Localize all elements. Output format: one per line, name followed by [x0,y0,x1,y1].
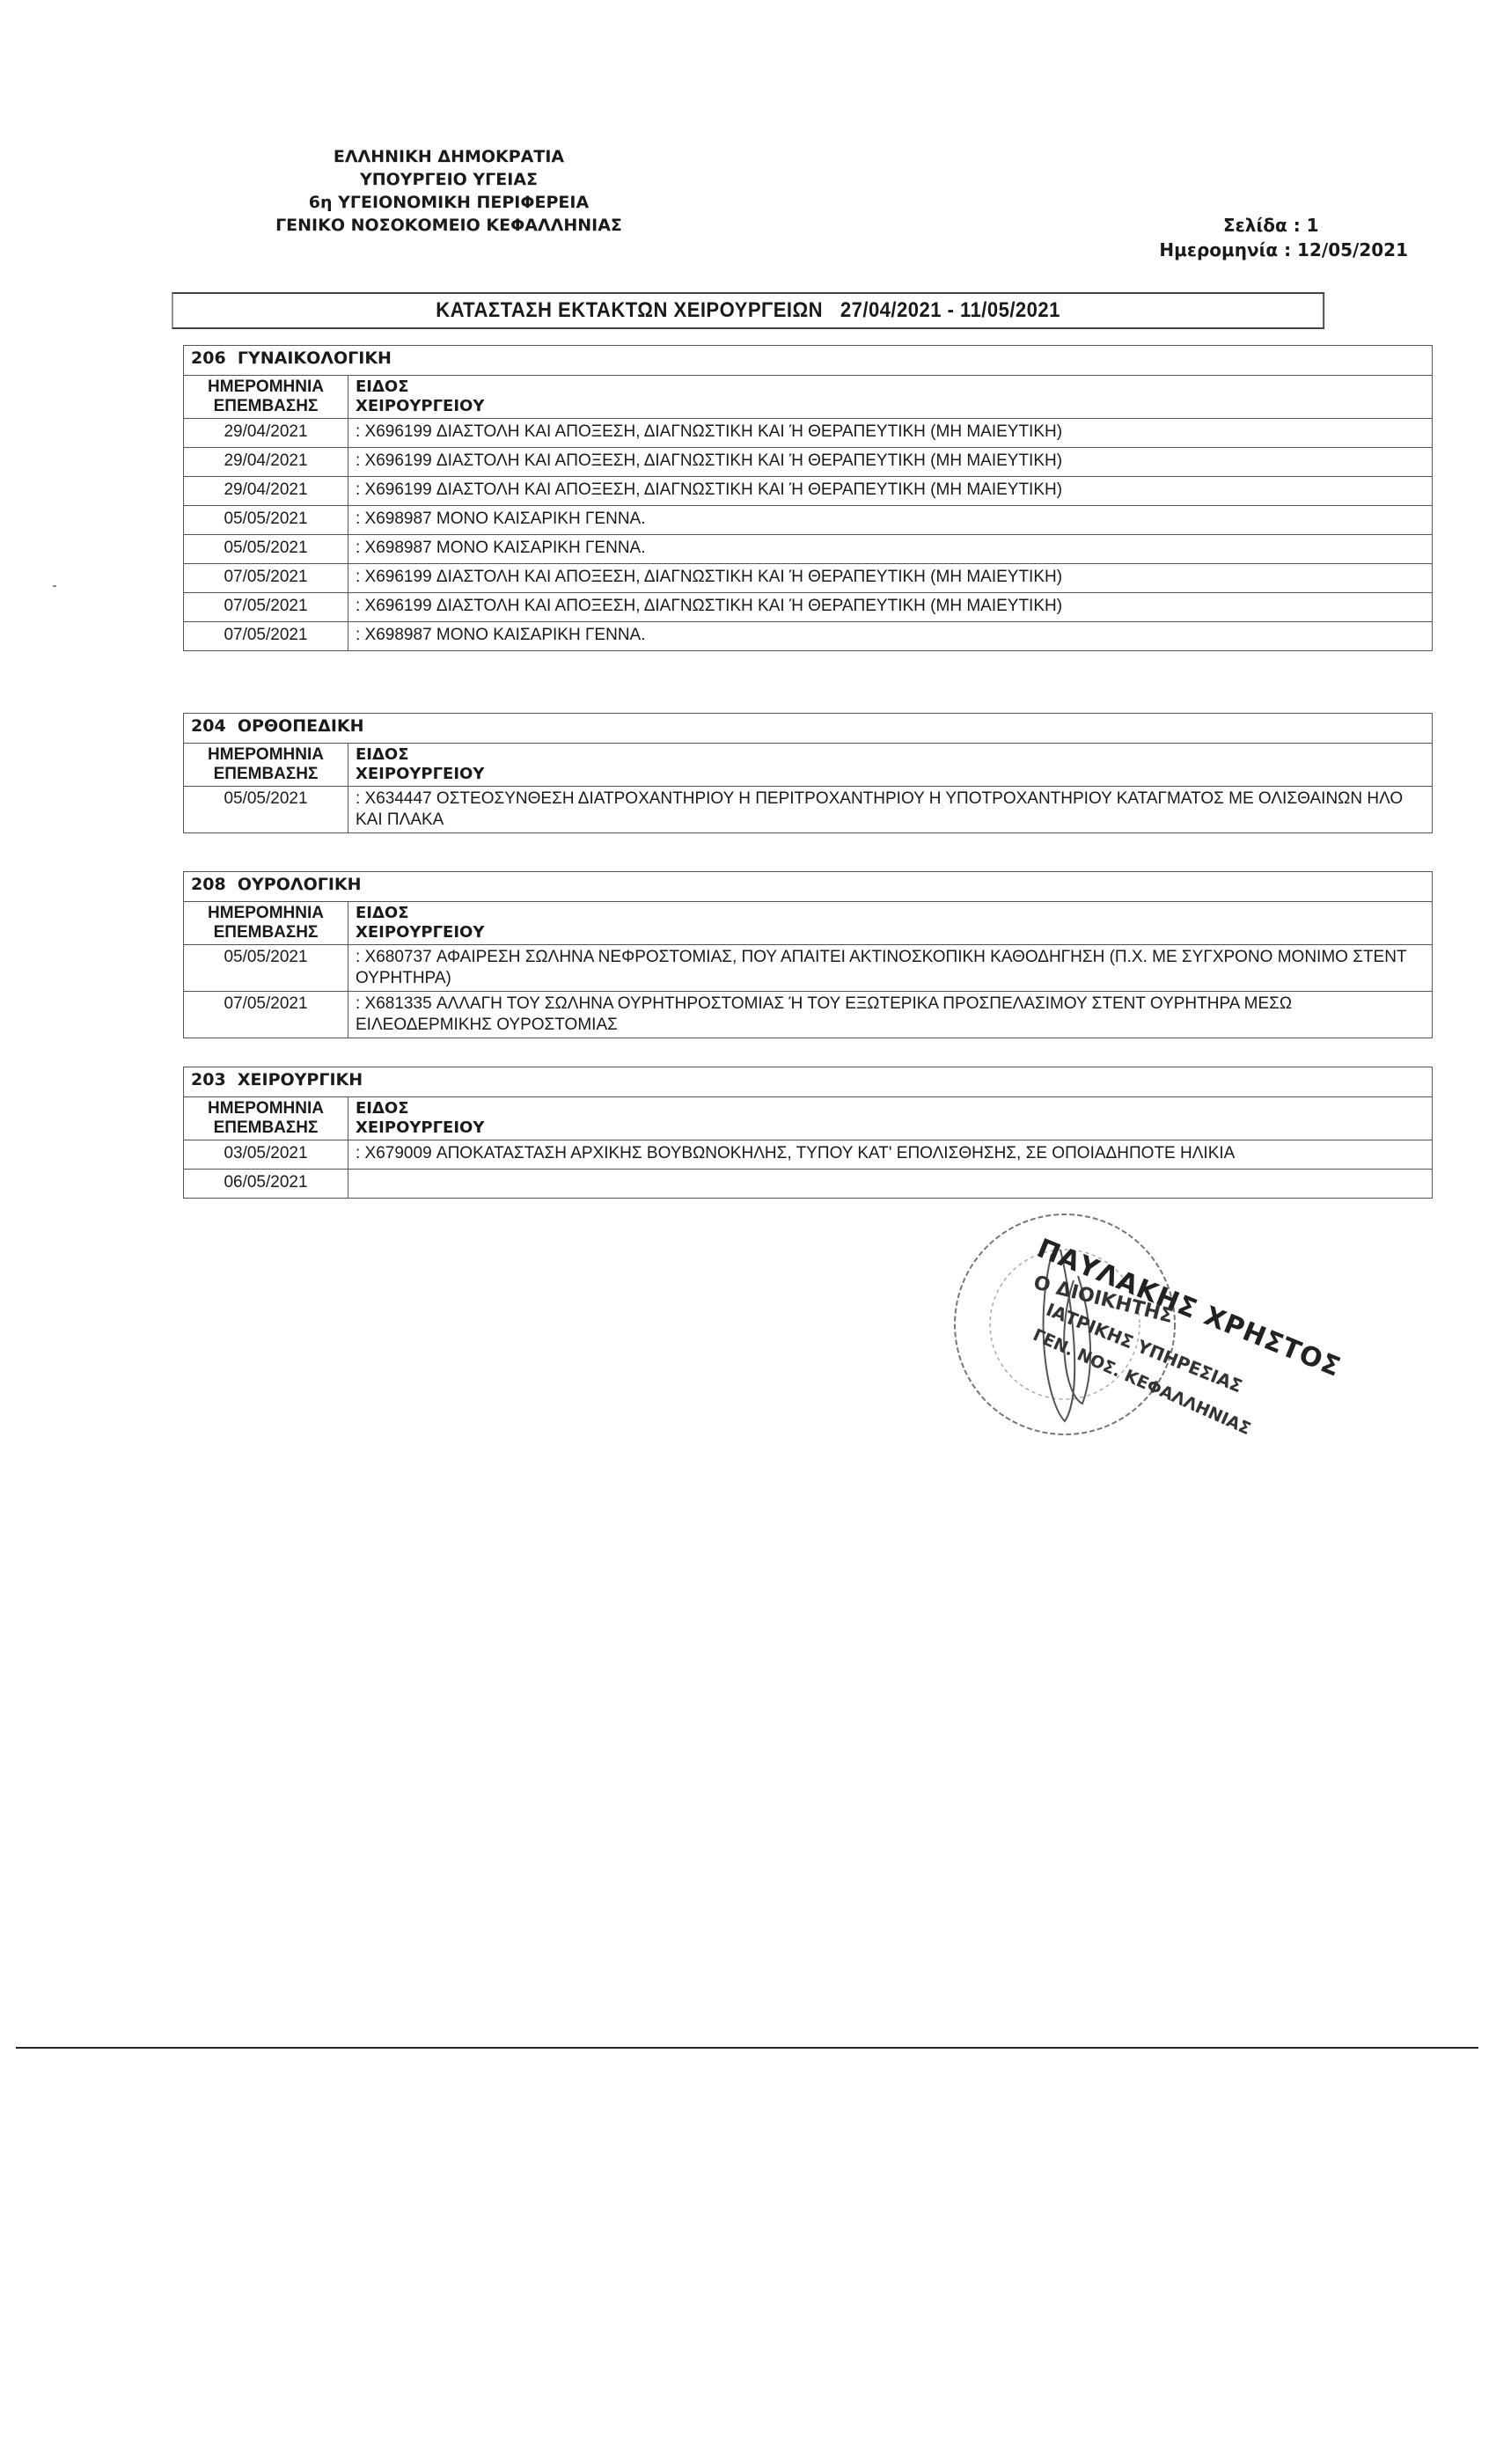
official-stamp: ΠΑΥΛΑΚΗΣ ΧΡΗΣΤΟΣ Ο ΔΙΟΙΚΗΤΗΣ ΙΑΤΡΙΚΗΣ ΥΠ… [950,1184,1302,1474]
table-row: 07/05/2021: X681335 ΑΛΛΑΓΗ ΤΟΥ ΣΩΛΗΝΑ ΟΥ… [184,992,1433,1038]
row-date: 05/05/2021 [184,506,348,535]
row-date: 06/05/2021 [184,1170,348,1199]
row-date: 05/05/2021 [184,787,348,833]
column-header-date: ΗΜΕΡΟΜΗΝΙΑΕΠΕΜΒΑΣΗΣ [184,1097,348,1140]
row-type: : X634447 ΟΣΤΕΟΣΥΝΘΕΣΗ ΔΙΑΤΡΟΧΑΝΤΗΡΙΟΥ Η… [348,787,1433,833]
row-type: : X698987 ΜΟΝΟ ΚΑΙΣΑΡΙΚΗ ΓΕΝΝΑ. [348,506,1433,535]
row-date: 07/05/2021 [184,564,348,593]
section-urology: 208 ΟΥΡΟΛΟΓΙΚΗ ΗΜΕΡΟΜΗΝΙΑΕΠΕΜΒΑΣΗΣ ΕΙΔΟΣ… [183,871,1433,1038]
row-type: : X698987 ΜΟΝΟ ΚΑΙΣΑΡΙΚΗ ΓΕΝΝΑ. [348,535,1433,564]
table-row: 05/05/2021: X698987 ΜΟΝΟ ΚΑΙΣΑΡΙΚΗ ΓΕΝΝΑ… [184,506,1433,535]
row-type: : X696199 ΔΙΑΣΤΟΛΗ ΚΑΙ ΑΠΟΞΕΣΗ, ΔΙΑΓΝΩΣΤ… [348,419,1433,448]
row-date: 07/05/2021 [184,622,348,651]
row-date: 05/05/2021 [184,945,348,992]
section-gynecology: 206 ΓΥΝΑΙΚΟΛΟΓΙΚΗ ΗΜΕΡΟΜΗΝΙΑΕΠΕΜΒΑΣΗΣ ΕΙ… [183,345,1433,651]
document-meta: Σελίδα : 1 Ημερομηνία : 12/05/2021 [1153,213,1408,262]
column-header-date: ΗΜΕΡΟΜΗΝΙΑΕΠΕΜΒΑΣΗΣ [184,744,348,787]
row-type: : X696199 ΔΙΑΣΤΟΛΗ ΚΑΙ ΑΠΟΞΕΣΗ, ΔΙΑΓΝΩΣΤ… [348,564,1433,593]
row-type: : X696199 ΔΙΑΣΤΟΛΗ ΚΑΙ ΑΠΟΞΕΣΗ, ΔΙΑΓΝΩΣΤ… [348,477,1433,506]
section-title: 208 ΟΥΡΟΛΟΓΙΚΗ [184,872,1433,902]
page-number: Σελίδα : 1 [1153,213,1408,238]
table-row: 03/05/2021: X679009 ΑΠΟΚΑΤΑΣΤΑΣΗ ΑΡΧΙΚΗΣ… [184,1140,1433,1170]
row-type: : X681335 ΑΛΛΑΓΗ ΤΟΥ ΣΩΛΗΝΑ ΟΥΡΗΤΗΡΟΣΤΟΜ… [348,992,1433,1038]
header-line-ministry: ΥΠΟΥΡΓΕΙΟ ΥΓΕΙΑΣ [220,168,678,191]
section-surgery: 203 ΧΕΙΡΟΥΡΓΙΚΗ ΗΜΕΡΟΜΗΝΙΑΕΠΕΜΒΑΣΗΣ ΕΙΔΟ… [183,1067,1433,1199]
row-type: : X696199 ΔΙΑΣΤΟΛΗ ΚΑΙ ΑΠΟΞΕΣΗ, ΔΙΑΓΝΩΣΤ… [348,448,1433,477]
table-row: 05/05/2021: X634447 ΟΣΤΕΟΣΥΝΘΕΣΗ ΔΙΑΤΡΟΧ… [184,787,1433,833]
table-row: 29/04/2021: X696199 ΔΙΑΣΤΟΛΗ ΚΑΙ ΑΠΟΞΕΣΗ… [184,477,1433,506]
header-line-republic: ΕΛΛΗΝΙΚΗ ΔΗΜΟΚΡΑΤΙΑ [220,145,678,168]
header-line-hospital: ΓΕΝΙΚΟ ΝΟΣΟΚΟΜΕΙΟ ΚΕΦΑΛΛΗΝΙΑΣ [220,214,678,237]
row-type: : X679009 ΑΠΟΚΑΤΑΣΤΑΣΗ ΑΡΧΙΚΗΣ ΒΟΥΒΩΝΟΚΗ… [348,1140,1433,1170]
print-date: Ημερομηνία : 12/05/2021 [1153,238,1408,262]
column-header-type: ΕΙΔΟΣΧΕΙΡΟΥΡΓΕΙΟΥ [348,1097,1433,1140]
row-date: 29/04/2021 [184,477,348,506]
section-title: 204 ΟΡΘΟΠΕΔΙΚΗ [184,714,1433,744]
row-date: 03/05/2021 [184,1140,348,1170]
row-date: 05/05/2021 [184,535,348,564]
column-header-type: ΕΙΔΟΣΧΕΙΡΟΥΡΓΕΙΟΥ [348,744,1433,787]
table-row: 29/04/2021: X696199 ΔΙΑΣΤΟΛΗ ΚΑΙ ΑΠΟΞΕΣΗ… [184,419,1433,448]
table-row: 05/05/2021: X698987 ΜΟΝΟ ΚΑΙΣΑΡΙΚΗ ΓΕΝΝΑ… [184,535,1433,564]
row-date: 07/05/2021 [184,593,348,622]
row-type: : X696199 ΔΙΑΣΤΟΛΗ ΚΑΙ ΑΠΟΞΕΣΗ, ΔΙΑΓΝΩΣΤ… [348,593,1433,622]
scan-artifact [53,585,56,587]
table-row: 07/05/2021: X698987 ΜΟΝΟ ΚΑΙΣΑΡΙΚΗ ΓΕΝΝΑ… [184,622,1433,651]
section-title: 203 ΧΕΙΡΟΥΡΓΙΚΗ [184,1067,1433,1097]
report-title: ΚΑΤΑΣΤΑΣΗ ΕΚΤΑΚΤΩΝ ΧΕΙΡΟΥΡΓΕΙΩΝ 27/04/20… [172,292,1324,329]
row-type: : X680737 ΑΦΑΙΡΕΣΗ ΣΩΛΗΝΑ ΝΕΦΡΟΣΤΟΜΙΑΣ, … [348,945,1433,992]
table-row: 07/05/2021: X696199 ΔΙΑΣΤΟΛΗ ΚΑΙ ΑΠΟΞΕΣΗ… [184,564,1433,593]
table-row: 29/04/2021: X696199 ΔΙΑΣΤΟΛΗ ΚΑΙ ΑΠΟΞΕΣΗ… [184,448,1433,477]
section-title: 206 ΓΥΝΑΙΚΟΛΟΓΙΚΗ [184,346,1433,376]
table-row: 07/05/2021: X696199 ΔΙΑΣΤΟΛΗ ΚΑΙ ΑΠΟΞΕΣΗ… [184,593,1433,622]
header-line-region: 6η ΥΓΕΙΟΝΟΜΙΚΗ ΠΕΡΙΦΕΡΕΙΑ [220,191,678,214]
column-header-type: ΕΙΔΟΣΧΕΙΡΟΥΡΓΕΙΟΥ [348,376,1433,419]
column-header-type: ΕΙΔΟΣΧΕΙΡΟΥΡΓΕΙΟΥ [348,902,1433,945]
document-header: ΕΛΛΗΝΙΚΗ ΔΗΜΟΚΡΑΤΙΑ ΥΠΟΥΡΓΕΙΟ ΥΓΕΙΑΣ 6η … [220,145,678,237]
table-row: 05/05/2021: X680737 ΑΦΑΙΡΕΣΗ ΣΩΛΗΝΑ ΝΕΦΡ… [184,945,1433,992]
column-header-date: ΗΜΕΡΟΜΗΝΙΑΕΠΕΜΒΑΣΗΣ [184,376,348,419]
row-type: : X698987 ΜΟΝΟ ΚΑΙΣΑΡΙΚΗ ΓΕΝΝΑ. [348,622,1433,651]
column-header-date: ΗΜΕΡΟΜΗΝΙΑΕΠΕΜΒΑΣΗΣ [184,902,348,945]
bottom-divider [16,2047,1478,2049]
row-date: 29/04/2021 [184,419,348,448]
section-orthopedics: 204 ΟΡΘΟΠΕΔΙΚΗ ΗΜΕΡΟΜΗΝΙΑΕΠΕΜΒΑΣΗΣ ΕΙΔΟΣ… [183,713,1433,833]
report-title-text: ΚΑΤΑΣΤΑΣΗ ΕΚΤΑΚΤΩΝ ΧΕΙΡΟΥΡΓΕΙΩΝ 27/04/20… [436,298,1060,323]
row-date: 07/05/2021 [184,992,348,1038]
row-date: 29/04/2021 [184,448,348,477]
